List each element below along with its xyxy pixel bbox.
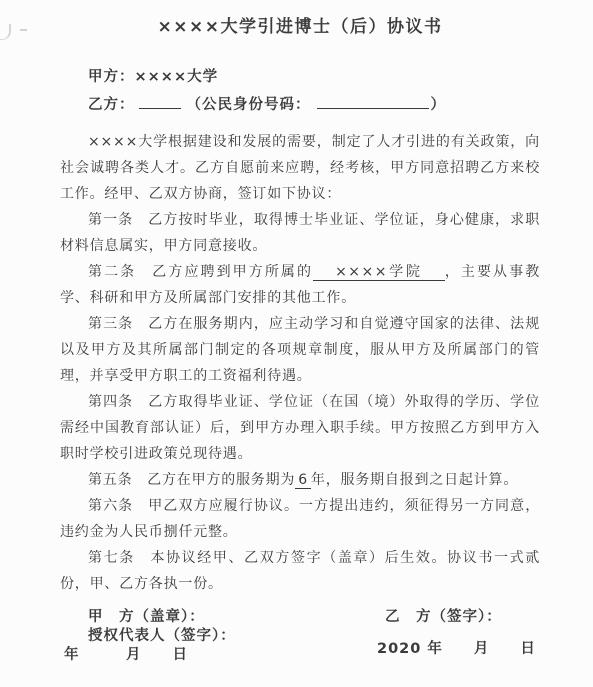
clause-5-text-pre: 第五条 乙方在甲方的服务期为 <box>88 472 295 488</box>
clause-4: 第四条 乙方取得毕业证、学位证（在国（境）外取得的学历、学位需经中国教育部认证）… <box>60 389 540 467</box>
service-years-blank: 6 <box>295 472 311 489</box>
clause-5: 第五条 乙方在甲方的服务期为6年，服务期自报到之日起计算。 <box>60 467 540 493</box>
party-a-label: 甲方： <box>88 69 135 85</box>
agreement-body: ××××大学根据建设和发展的需要，制定了人才引进的有关政策，向社会诚聘各类人才。… <box>60 129 540 597</box>
clause-5-text-post: 年，服务期自报到之日起计算。 <box>311 472 518 488</box>
signature-party-b: 乙 方（签字）： 2020 年 月 日 <box>340 608 536 665</box>
party-b-line: 乙方：（公民身份号码：） <box>88 91 540 119</box>
college-fill-blank: ××××学院 <box>313 264 445 281</box>
clause-3: 第三条 乙方在服务期内，应主动学习和自觉遵守国家的法律、法规以及甲方及其所属部门… <box>60 311 540 389</box>
party-a-value: ××××大学 <box>135 69 219 85</box>
signature-party-a: 甲 方（盖章）： 授权代表人（签字）： 年 月 日 <box>60 608 340 665</box>
party-a-seal-label: 甲 方（盖章）： <box>88 608 340 627</box>
clause-2-text-pre: 第二条 乙方应聘到甲方所属的 <box>88 264 313 280</box>
representative-sign-label: 授权代表人（签字）： <box>88 627 340 646</box>
clause-6: 第六条 甲乙双方应履行协议。一方提出违约，须征得另一方同意，违约金为人民币捌仟元… <box>60 493 540 545</box>
party-b-id-blank <box>317 94 429 109</box>
clause-2: 第二条 乙方应聘到甲方所属的××××学院，主要从事教学、科研和甲方及所属部门安排… <box>60 259 540 311</box>
signature-block: 甲 方（盖章）： 授权代表人（签字）： 年 月 日 乙 方（签字）： 2020 … <box>60 608 540 665</box>
party-b-sign-label: 乙 方（签字）： <box>385 608 536 627</box>
party-b-date-line: 2020 年 月 日 <box>377 640 536 659</box>
scan-artifact <box>0 24 11 40</box>
party-b-id-label: （公民身份号码： <box>187 97 311 113</box>
party-a-line: 甲方：××××大学 <box>88 63 540 91</box>
party-a-date-line: 年 月 日 <box>64 646 340 665</box>
party-b-name-blank <box>139 94 181 109</box>
clause-1: 第一条 乙方按时毕业，取得博士毕业证、学位证，身心健康，求职材料信息属实，甲方同… <box>60 207 540 259</box>
clause-7: 第七条 本协议经甲、乙双方签字（盖章）后生效。协议书一式贰份，甲、乙方各执一份。 <box>60 545 540 597</box>
scan-artifact <box>20 29 27 31</box>
intro-paragraph: ××××大学根据建设和发展的需要，制定了人才引进的有关政策，向社会诚聘各类人才。… <box>60 129 540 207</box>
party-b-label: 乙方： <box>88 97 135 113</box>
party-b-id-close-paren: ） <box>431 97 447 113</box>
document-title: ××××大学引进博士（后）协议书 <box>60 12 540 37</box>
document-page: ××××大学引进博士（后）协议书 甲方：××××大学 乙方：（公民身份号码：） … <box>0 0 593 687</box>
